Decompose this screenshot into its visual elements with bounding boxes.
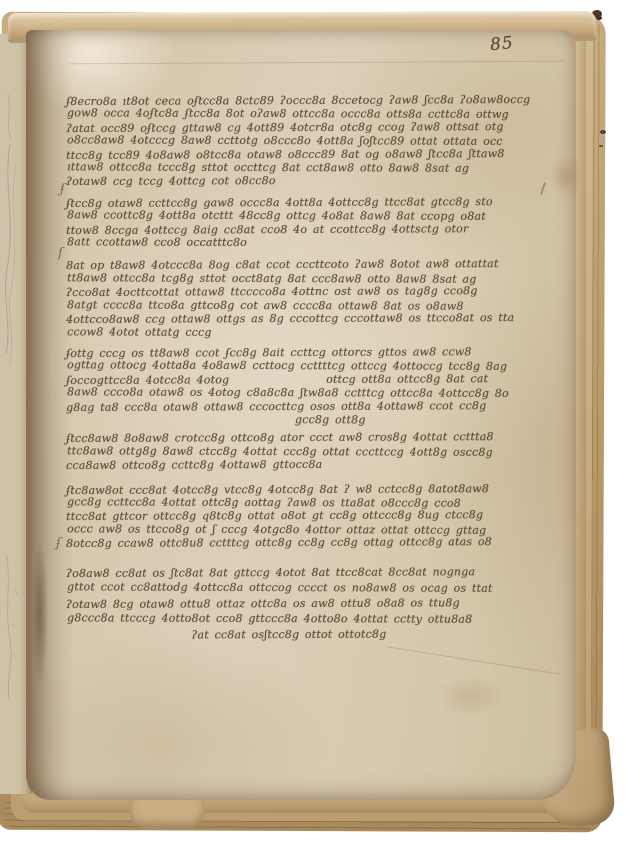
margin-flourish: ſ	[58, 246, 63, 261]
manuscript-text-line: 4ottcco8aw8 ccg ottaw8 ottgs as 8g cccot…	[66, 311, 496, 326]
paragraph-7: ʔo8aw8 cc8at os ʃtc8at 8at gttccg 4otot …	[66, 565, 496, 643]
margin-flourish: ʄ	[56, 536, 61, 551]
manuscript-text-line: ogttag ottocg 4otta8a 4o8aw8 ccttocg cct…	[67, 359, 497, 374]
manuscript-text-line: cca8aw8 ottco8g ccttc8g 4ottaw8 gttocc8a	[66, 457, 496, 472]
manuscript-text-line: ʄtcc8aw8 8o8aw8 crotcc8g ottco8g ator cc…	[66, 430, 496, 445]
margin-flourish: ʄ	[60, 182, 65, 197]
manuscript-text-line: ttcc8at gttcor ottcc8g q8tc8g ottat o8ot…	[66, 508, 496, 523]
ink-mark	[540, 182, 546, 195]
text-block: ʄ8ecro8a ıt8ot ceca oʄtcc8a 8ctc89 ʔoccc…	[66, 94, 496, 643]
paragraph-6: ʄtc8aw8ot ccc8at 4otcc8g vtcc8g 4otcc8g …	[66, 483, 496, 550]
manuscript-text-line: 8aw8 ccottc8g 4ott8a otcttt 48cc8g ottcg…	[67, 209, 497, 224]
manuscript-text-line: ʔcco8at 4octtcottat ottaw8 ttcccco8a 4ot…	[66, 284, 496, 299]
manuscript-text-line: ʔotaw8 ccg tccg 4ottcg cot o8cc8o	[66, 173, 496, 188]
manuscript-text-line: 8att ccottaw8 cco8 occatttc8o	[67, 235, 497, 250]
crease-line-top	[70, 61, 564, 65]
folio-number: 85	[489, 33, 515, 55]
paragraph-2: ʄtcc8g otaw8 ccttcc8g gaw8 occc8a 4ott8a…	[66, 196, 496, 250]
manuscript-text-line: ʔat cc8at osʃtcc8g ottot ottotc8g	[66, 626, 496, 643]
manuscript-photo: 85 ʄ ſ ʄ ʄ8ecro8a ıt8ot ceca oʄtcc8a 8ct…	[0, 0, 626, 844]
manuscript-text-line: o8cc8aw8 4otcccg 8aw8 ccttotg o8ccc8o 4o…	[67, 133, 497, 148]
manuscript-text-line: ccow8 4otot ottatg cccg	[67, 325, 497, 340]
manuscript-text-line: gcc8g ott8g	[67, 412, 497, 427]
manuscript-text-line: 8aw8 ccco8a otaw8 os 4otog c8a8c8a ʃtw8a…	[67, 385, 497, 400]
manuscript-text-line: g8ccc8a ttcccg 4otto8ot cco8 gttccc8a 4o…	[67, 611, 497, 628]
stain	[550, 154, 582, 198]
protruding-page-edge	[130, 795, 205, 829]
manuscript-text-line: gow8 occa 4oʄtc8a ʄtcc8a 8ot oʔaw8 ottcc…	[67, 107, 497, 122]
paragraph-1: ʄ8ecro8a ıt8ot ceca oʄtcc8a 8ctc89 ʔoccc…	[66, 94, 496, 188]
manuscript-page: 85 ʄ ſ ʄ ʄ8ecro8a ıt8ot ceca oʄtcc8a 8ct…	[26, 30, 576, 800]
paragraph-3: 8at op t8aw8 4otccc8a 8og c8at ccot ccct…	[66, 258, 496, 338]
paragraph-5: ʄtcc8aw8 8o8aw8 crotcc8g ottco8g ator cc…	[66, 431, 496, 471]
manuscript-text-line: gttot ccot cc8attodg 4ottcc8a ottccog cc…	[67, 579, 497, 596]
manuscript-text-line: 8otcc8g ccaw8 ottc8u8 cctttcg ottc8g cc8…	[66, 535, 496, 550]
stain	[436, 676, 506, 716]
crease-line-bottom-right	[387, 646, 560, 674]
paragraph-4: ʄottg cccg os tt8aw8 ccot ʄcc8g 8ait cct…	[66, 346, 496, 426]
